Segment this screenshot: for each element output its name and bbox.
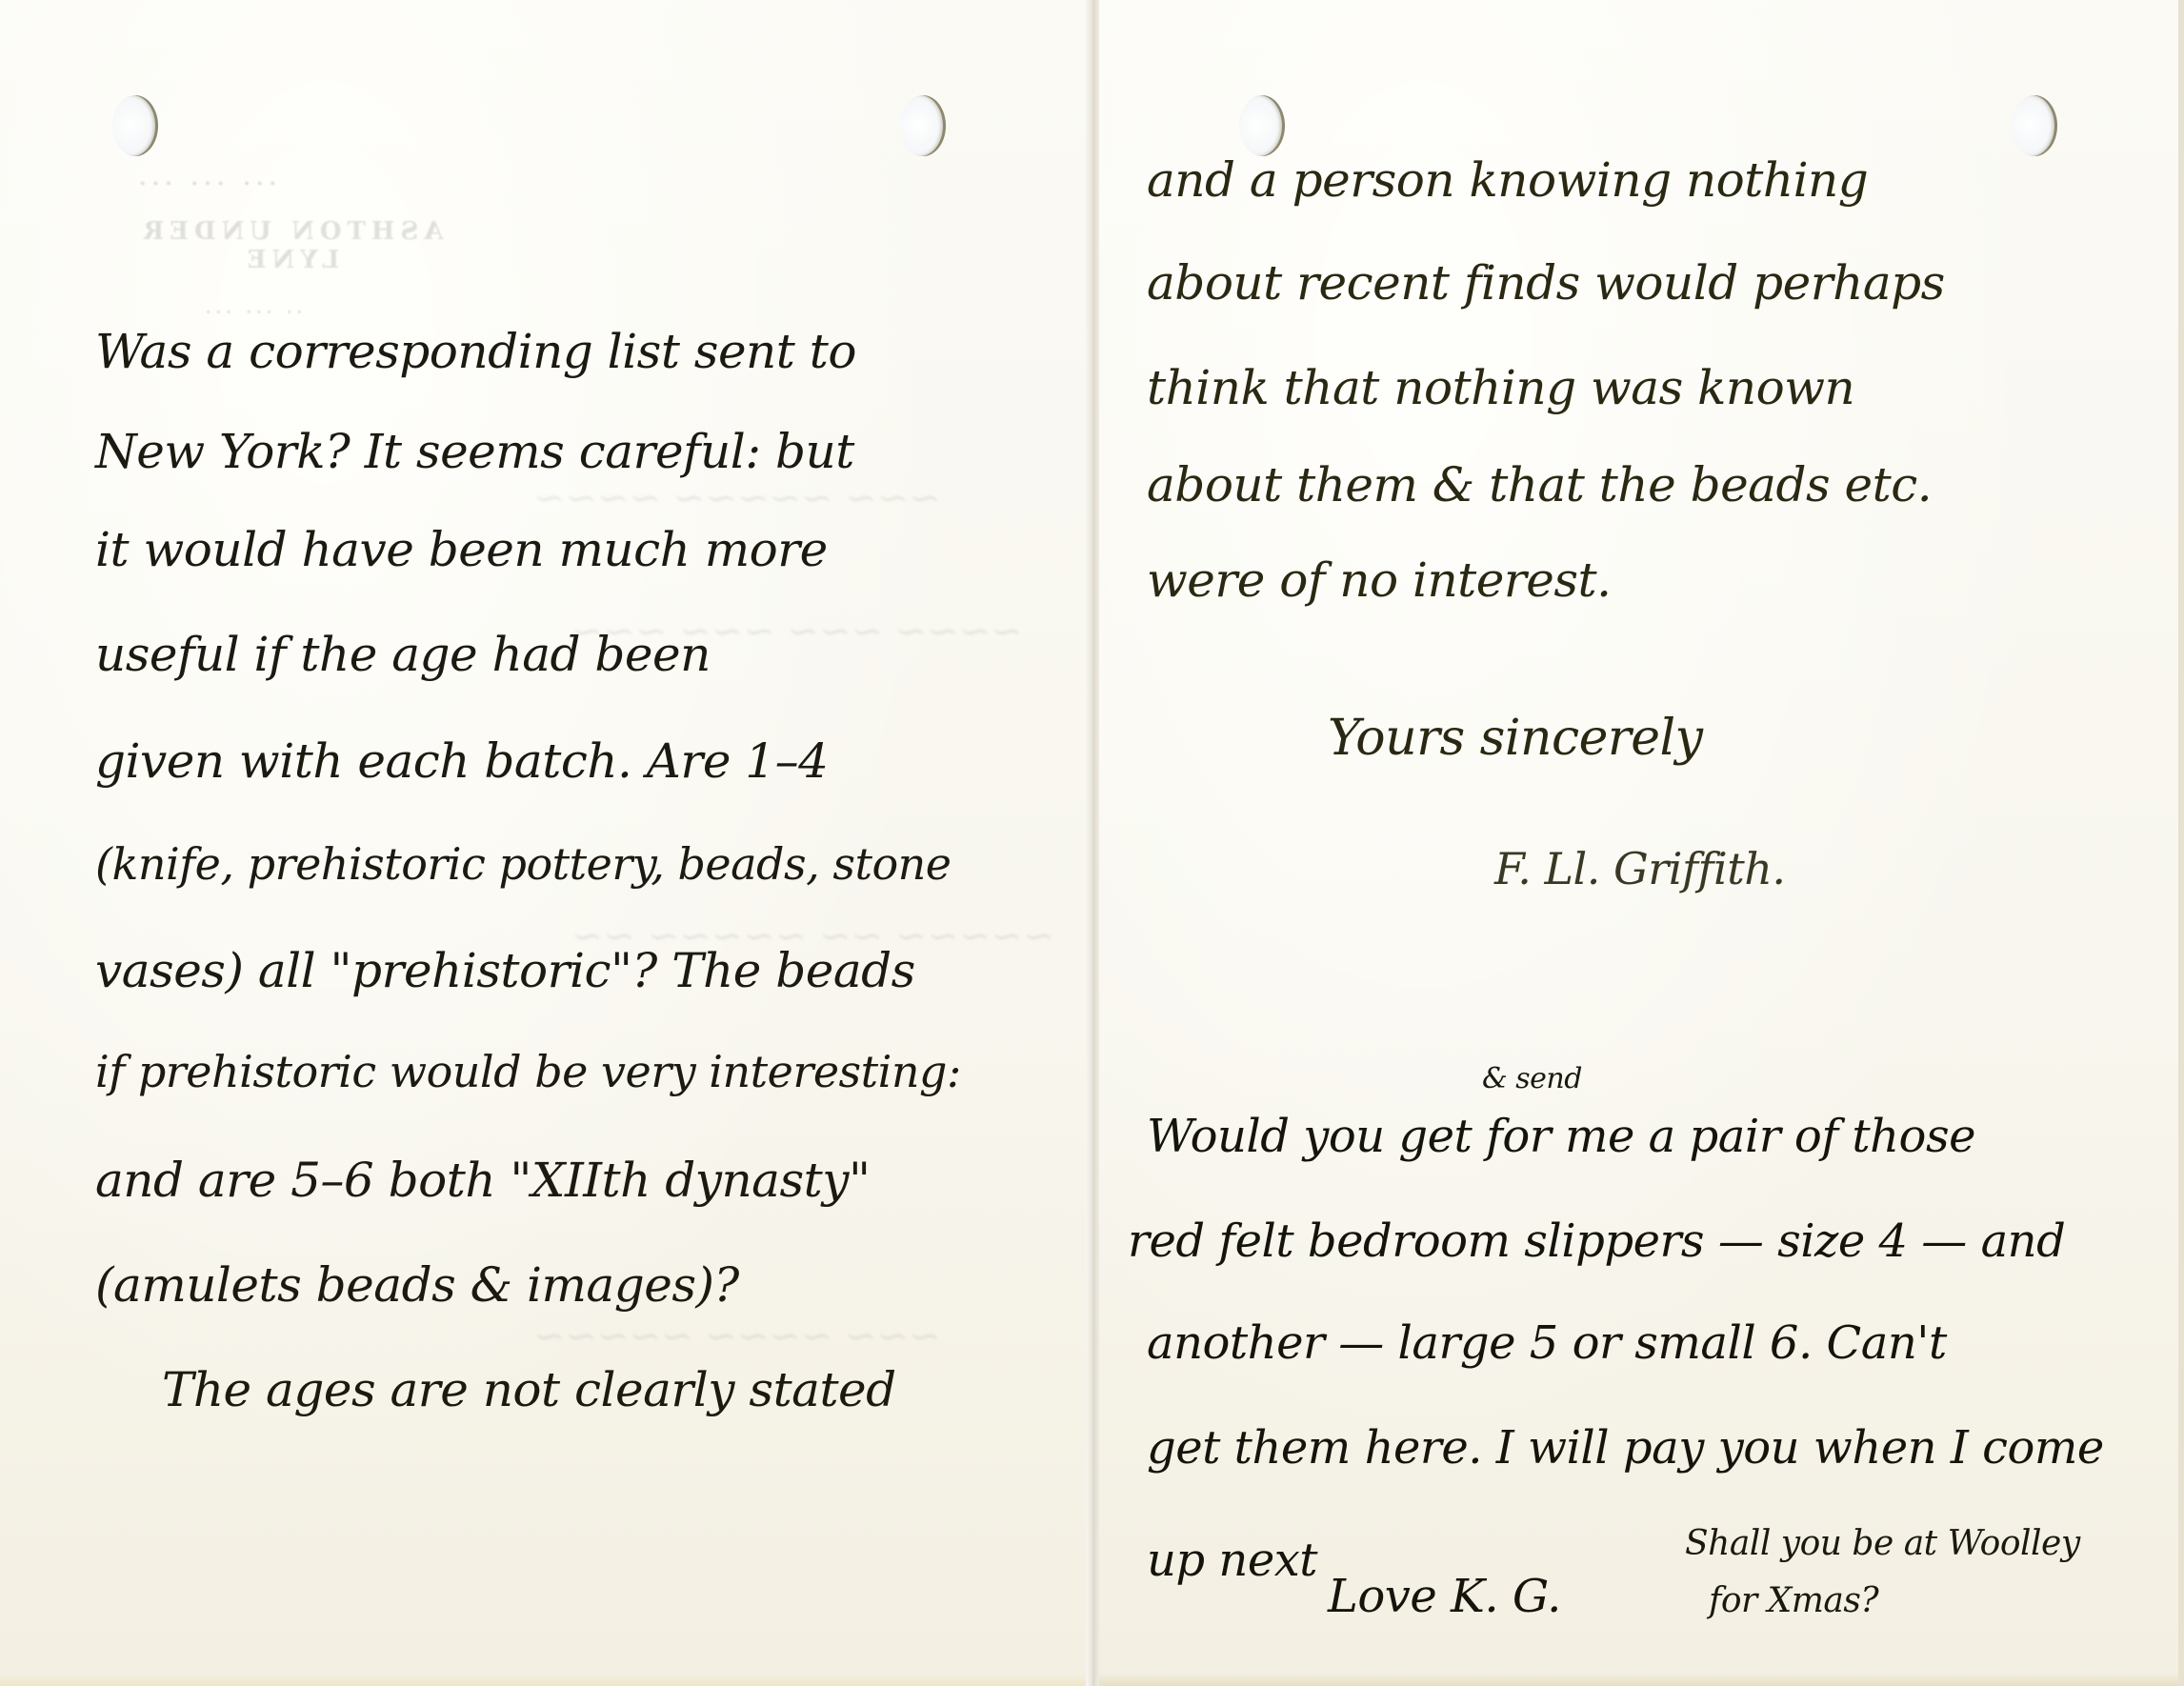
closing: Yours sincerely — [1328, 710, 1703, 767]
letter-line: vases) all "prehistoric"? The beads — [95, 943, 915, 998]
postscript-line: get them here. I will pay you when I com… — [1147, 1421, 2104, 1475]
bleedthrough-text: ~~~ ~~~~~ ~~~~ — [533, 476, 941, 520]
letter-spread: ··· ··· ··· ASHTON UNDER LYNE ·· ··· ···… — [0, 0, 2184, 1686]
punch-hole — [900, 95, 946, 156]
right-page: and a person knowing nothing about recen… — [1099, 0, 2184, 1686]
postscript-line: red felt bedroom slippers — size 4 — and — [1128, 1214, 2065, 1268]
postscript-line: another — large 5 or small 6. Can't — [1147, 1316, 1947, 1370]
page-gutter — [1086, 0, 1099, 1686]
letter-line: it would have been much more — [95, 522, 828, 577]
letter-line: The ages are not clearly stated — [162, 1362, 896, 1417]
letter-line: New York? It seems careful: but — [95, 424, 854, 479]
side-note-line: Shall you be at Woolley — [1685, 1524, 2080, 1563]
letter-line: given with each batch. Are 1–4 — [95, 733, 828, 789]
letterhead-line: ··· ··· ··· — [90, 171, 319, 196]
postscript-signoff: Love K. G. — [1328, 1570, 1561, 1623]
punch-hole — [1239, 95, 1285, 156]
postscript-line: Would you get for me a pair of those — [1147, 1110, 1975, 1163]
letter-line: about them & that the beads etc. — [1147, 457, 1932, 512]
letter-line: think that nothing was known — [1147, 360, 1854, 415]
letterhead-line: ·· ··· ··· — [90, 299, 414, 326]
letter-line: (knife, prehistoric pottery, beads, ston… — [95, 838, 952, 890]
letter-line: were of no interest. — [1147, 552, 1612, 608]
letter-line: (amulets beads & images)? — [95, 1257, 739, 1313]
letter-line: if prehistoric would be very interesting… — [95, 1046, 961, 1097]
postscript-line: up next — [1147, 1534, 1317, 1587]
bleedthrough-text: ~~~ ~~~~ ~~~~~ — [533, 1315, 941, 1358]
letterhead-line: ASHTON UNDER LYNE — [90, 217, 491, 274]
letter-line: useful if the age had been — [95, 627, 711, 682]
letterhead-showthrough: ··· ··· ··· ASHTON UNDER LYNE ·· ··· ··· — [90, 171, 491, 326]
side-note-line: for Xmas? — [1709, 1581, 1878, 1620]
letter-line: and a person knowing nothing — [1147, 152, 1868, 208]
letter-line: about recent finds would perhaps — [1147, 255, 1945, 311]
letter-line: and are 5–6 both "XIIth dynasty" — [95, 1153, 870, 1208]
punch-hole — [112, 95, 158, 156]
signature: F. Ll. Griffith. — [1494, 843, 1785, 894]
letter-line: Was a corresponding list sent to — [95, 324, 856, 379]
punch-hole — [2012, 95, 2057, 156]
left-page: ··· ··· ··· ASHTON UNDER LYNE ·· ··· ···… — [0, 0, 1086, 1686]
postscript-insertion: & send — [1482, 1062, 1582, 1095]
